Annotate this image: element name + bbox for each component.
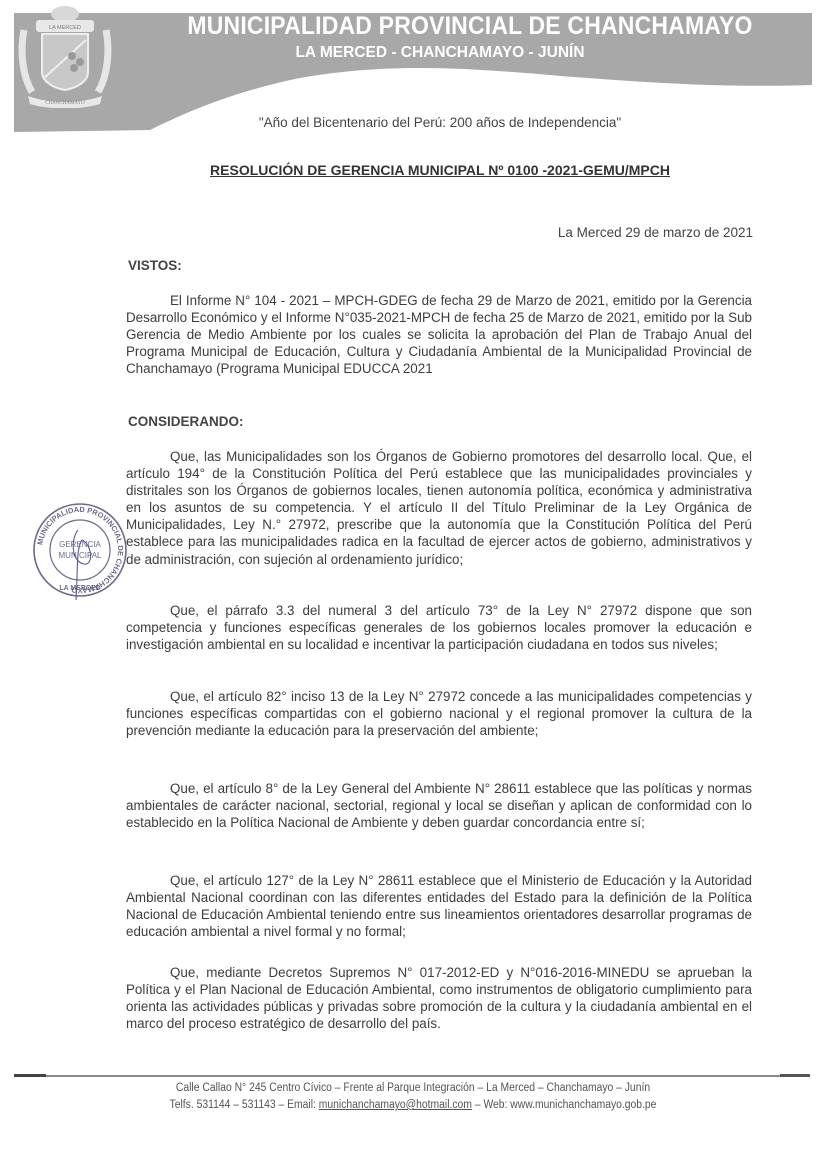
- svg-text:LA MERCED: LA MERCED: [59, 585, 100, 592]
- footer-address: Calle Callao N° 245 Centro Cívico – Fren…: [41, 1082, 784, 1094]
- year-motto: "Año del Bicentenario del Perú: 200 años…: [100, 115, 780, 130]
- footer-contact: Telfs. 531144 – 531143 – Email: munichan…: [41, 1099, 784, 1111]
- svg-text:LA MERCED: LA MERCED: [49, 25, 81, 31]
- resolution-title: RESOLUCIÓN DE GERENCIA MUNICIPAL Nº 0100…: [120, 162, 760, 178]
- footer-divider-accent: [14, 1074, 46, 1077]
- email-link[interactable]: munichanchamayo@hotmail.com: [319, 1099, 472, 1111]
- considerando-paragraph: Que, el artículo 82° inciso 13 de la Ley…: [126, 688, 752, 739]
- considerando-heading: CONSIDERANDO:: [128, 414, 244, 429]
- vistos-heading: VISTOS:: [128, 258, 182, 273]
- footer-divider: [14, 1075, 810, 1077]
- svg-text:MUNICIPALIDAD PROVINCIAL DE CH: MUNICIPALIDAD PROVINCIAL DE CHANCHAMAYO: [35, 505, 125, 595]
- gerencia-municipal-stamp: MUNICIPALIDAD PROVINCIAL DE CHANCHAMAYO …: [30, 500, 130, 600]
- considerando-paragraph: Que, mediante Decretos Supremos N° 017-2…: [126, 964, 752, 1032]
- svg-text:CHANCHAMAYO: CHANCHAMAYO: [45, 101, 85, 106]
- vistos-text: El Informe N° 104 - 2021 – MPCH-GDEG de …: [126, 293, 752, 376]
- considerando-paragraph: Que, el párrafo 3.3 del numeral 3 del ar…: [126, 602, 752, 653]
- vistos-paragraph: El Informe N° 104 - 2021 – MPCH-GDEG de …: [126, 292, 752, 377]
- svg-text:MUNICIPAL: MUNICIPAL: [59, 551, 103, 560]
- considerando-paragraph: Que, las Municipalidades son los Órganos…: [126, 448, 752, 568]
- footer-divider-accent: [780, 1074, 810, 1077]
- organization-location: LA MERCED - CHANCHAMAYO - JUNÍN: [190, 44, 690, 62]
- considerando-paragraph: Que, el artículo 8° de la Ley General de…: [126, 780, 752, 831]
- municipal-crest-icon: LA MERCED CHANCHAMAYO: [0, 0, 130, 108]
- organization-name: MUNICIPALIDAD PROVINCIAL DE CHANCHAMAYO: [148, 12, 792, 41]
- resolution-date: La Merced 29 de marzo de 2021: [558, 225, 753, 240]
- website-text: – Web: www.munichanchamayo.gob.pe: [472, 1099, 656, 1111]
- considerando-paragraph: Que, el artículo 127° de la Ley N° 28611…: [126, 872, 752, 940]
